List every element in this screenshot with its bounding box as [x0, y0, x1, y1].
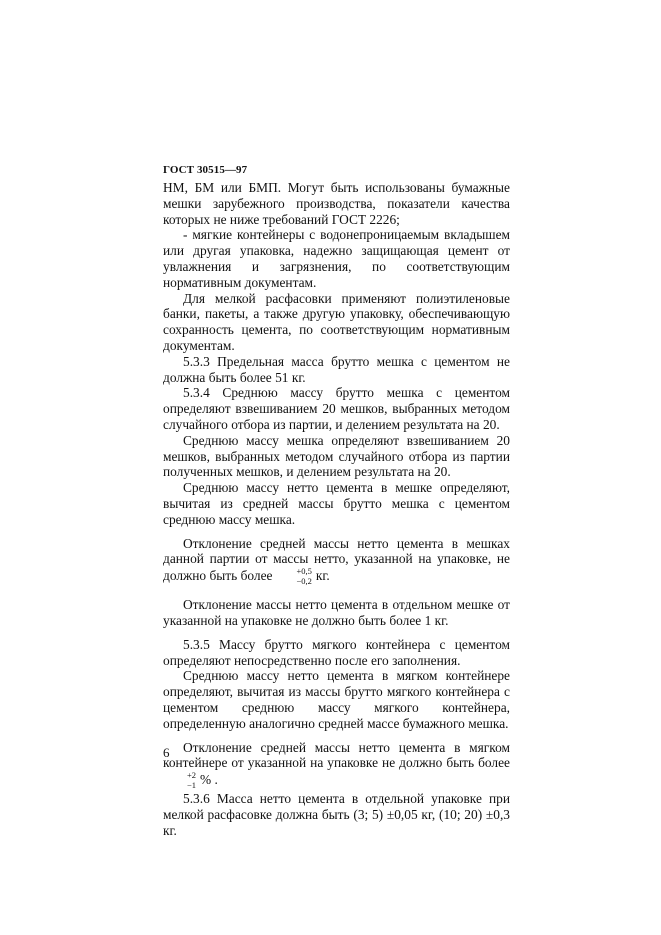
clause-5-3-3: 5.3.3 Предельная масса брутто мешка с це…	[163, 354, 510, 386]
tolerance-upper: +2	[167, 770, 196, 780]
tolerance-unit: % .	[200, 772, 218, 787]
speck	[505, 647, 506, 648]
paragraph: Среднюю массу нетто цемента в мягком кон…	[163, 668, 510, 731]
paragraph: Среднюю массу мешка определяют взвешиван…	[163, 433, 510, 480]
tolerance-upper: +0,5	[277, 566, 312, 576]
paragraph: Отклонение массы нетто цемента в отдельн…	[163, 597, 510, 629]
paragraph: - мягкие контейнеры с водонепроницаемым …	[163, 227, 510, 290]
tolerance-text: Отклонение средней массы нетто цемента в…	[163, 536, 510, 584]
tolerance-fraction: +2−1	[167, 770, 196, 790]
tolerance-unit: кг.	[316, 568, 330, 583]
paragraph: Среднюю массу нетто цемента в мешке опре…	[163, 480, 510, 527]
page-number: 6	[163, 745, 170, 761]
paragraph: Для мелкой расфасовки применяют полиэтил…	[163, 291, 510, 354]
clause-5-3-6: 5.3.6 Масса нетто цемента в отдельной уп…	[163, 791, 510, 838]
tolerance-paragraph: Отклонение средней массы нетто цемента в…	[163, 536, 510, 588]
document-body: НМ, БМ или БМП. Могут быть использованы …	[163, 180, 510, 838]
paragraph: НМ, БМ или БМП. Могут быть использованы …	[163, 180, 510, 227]
tolerance-lower: −1	[167, 780, 196, 790]
tolerance-lower: −0,2	[277, 576, 312, 586]
clause-5-3-4: 5.3.4 Среднюю массу брутто мешка с цемен…	[163, 385, 510, 432]
clause-5-3-5: 5.3.5 Массу брутто мягкого контейнера с …	[163, 637, 510, 669]
tolerance-fraction: +0,5−0,2	[277, 566, 312, 586]
standard-header: ГОСТ 30515—97	[163, 164, 247, 176]
tolerance-text: Отклонение средней массы нетто цемента в…	[163, 740, 510, 771]
tolerance-paragraph: Отклонение средней массы нетто цемента в…	[163, 740, 510, 792]
document-page: ГОСТ 30515—97 НМ, БМ или БМП. Могут быть…	[0, 0, 661, 935]
